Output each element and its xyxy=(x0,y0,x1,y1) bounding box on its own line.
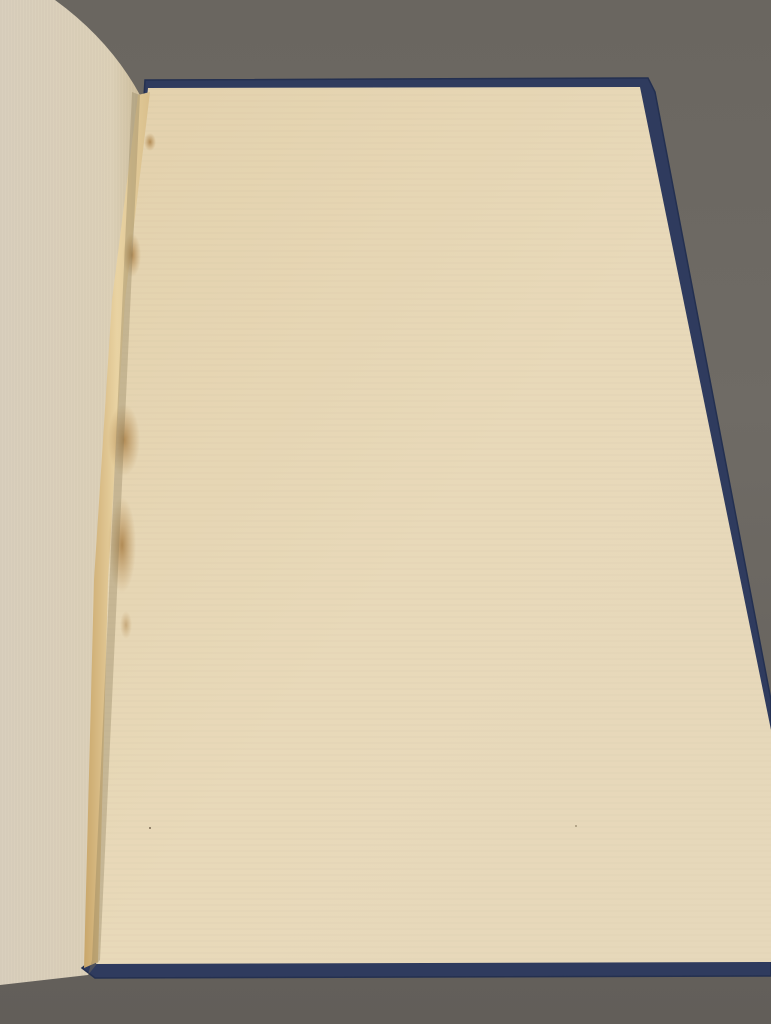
book-photo xyxy=(0,0,771,1024)
foxing-stain xyxy=(144,133,156,151)
book-illustration xyxy=(0,0,771,1024)
foxing-stain xyxy=(120,611,132,639)
